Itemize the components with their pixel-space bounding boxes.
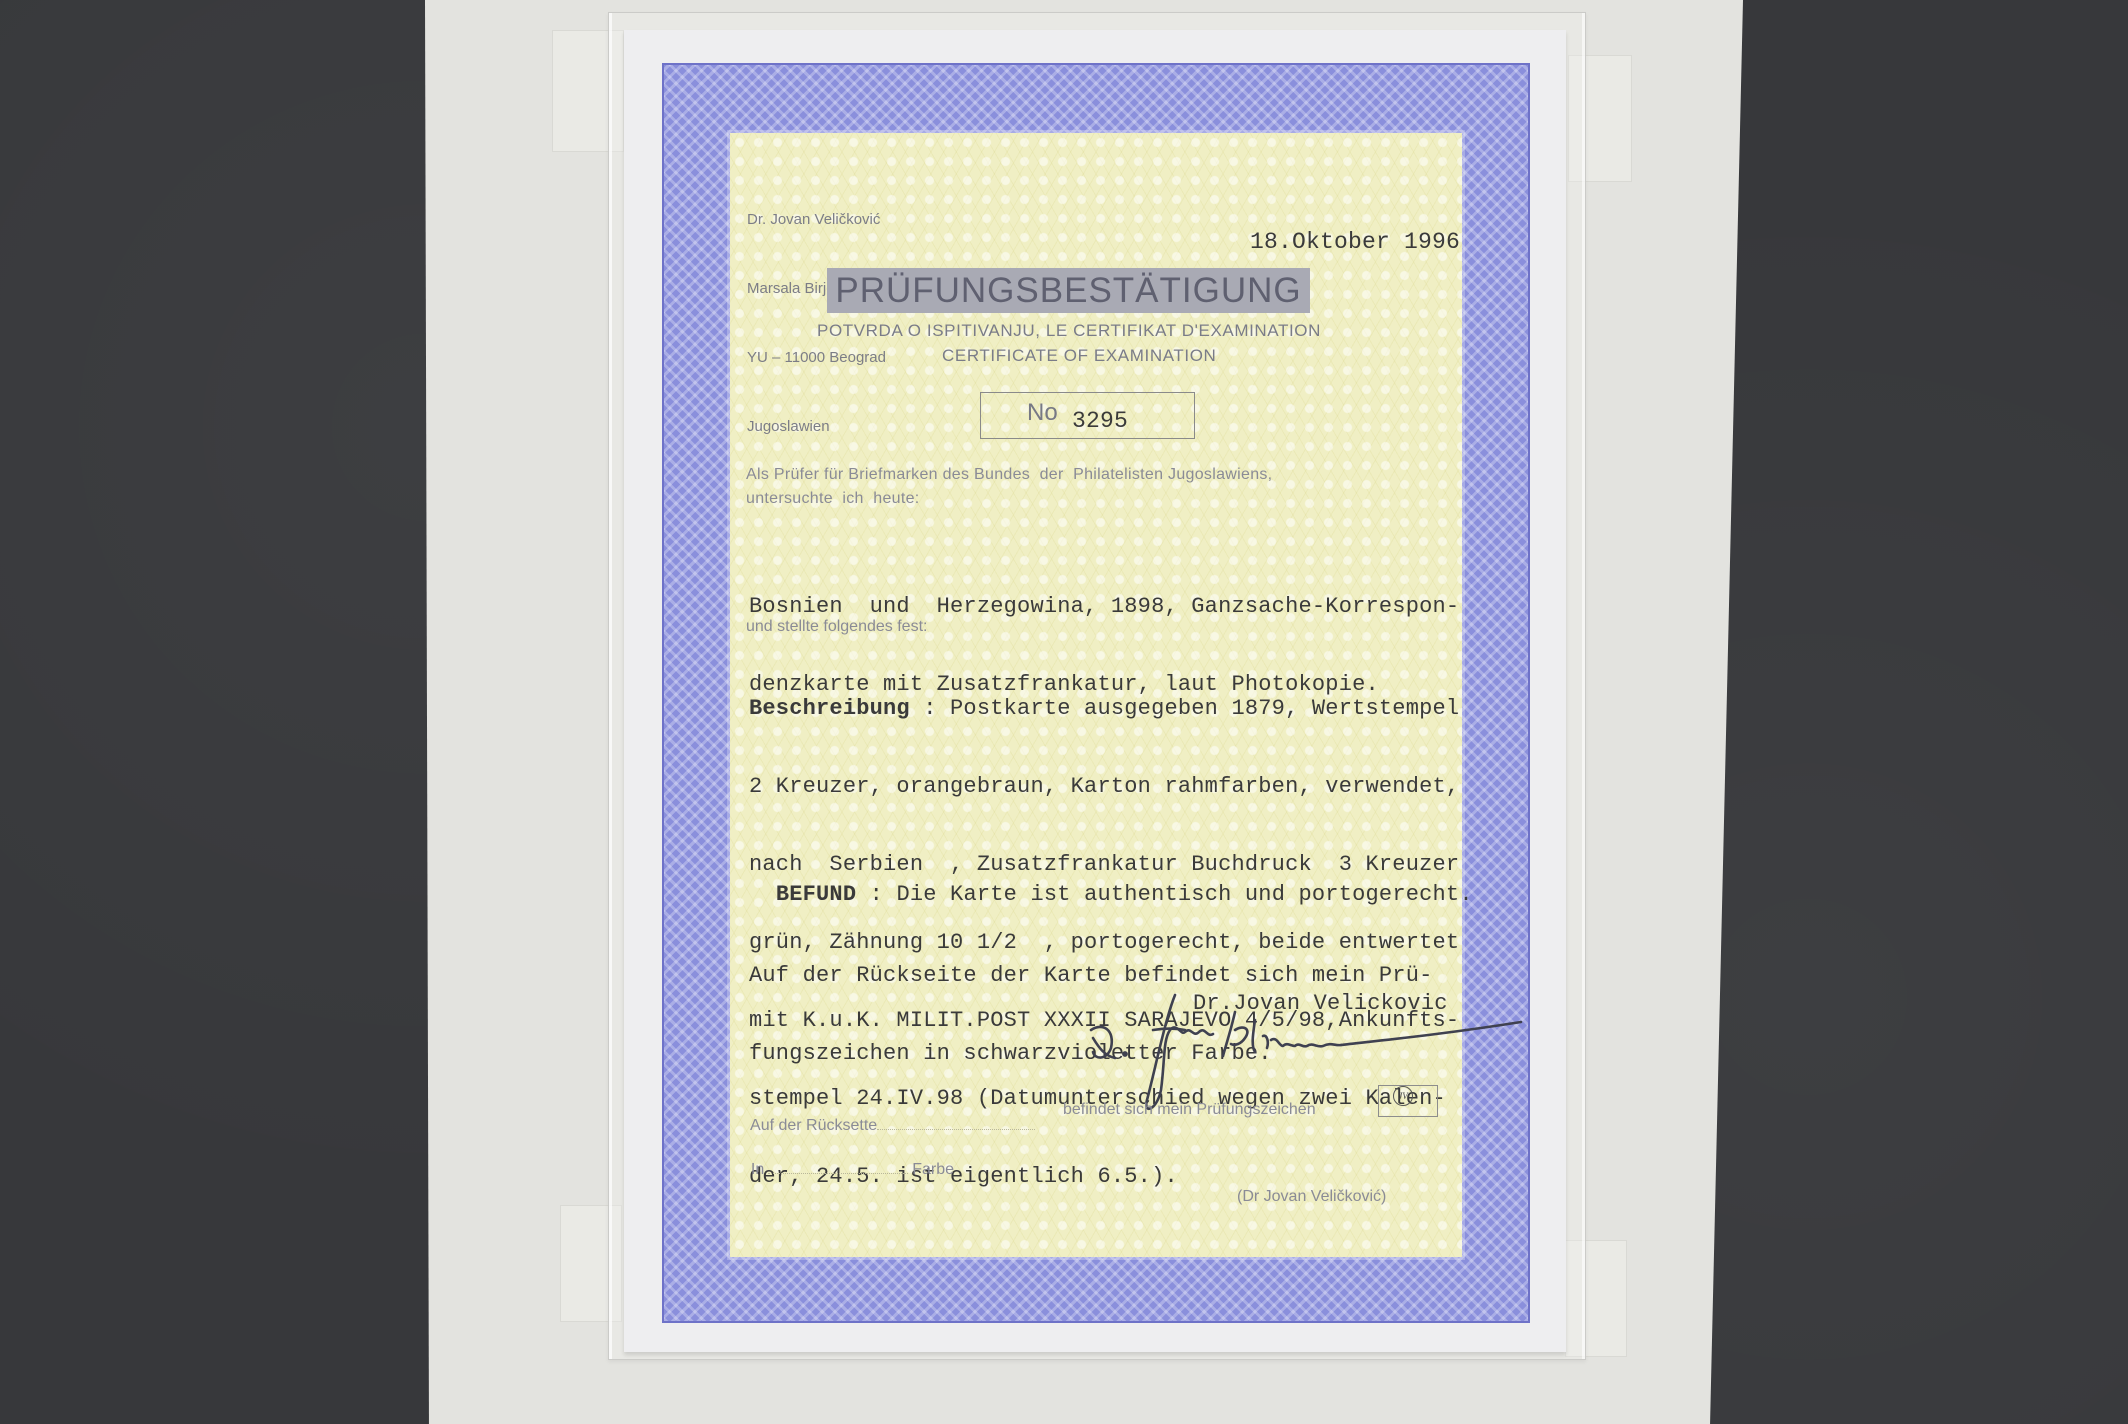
address-line: Dr. Jovan Veličković: [747, 208, 887, 231]
findings-intro: und stellte folgendes fest:: [746, 618, 927, 636]
description-line: 2 Kreuzer, orangebraun, Karton rahmfarbe…: [749, 774, 1459, 800]
title-banner: PRÜFUNGSBESTÄTIGUNG: [827, 268, 1310, 313]
result-label: BEFUND: [776, 882, 856, 907]
certificate-date: 18.Oktober 1996: [1250, 229, 1460, 255]
intro-line-2: untersuchte ich heute:: [746, 490, 920, 508]
form-color-text: Farbe: [912, 1161, 954, 1178]
form-in-line: InFarbe: [742, 1143, 954, 1179]
address-line: Jugoslawien: [747, 415, 887, 438]
certificate-number: 3295: [1072, 408, 1128, 434]
form-mark-label: befindet sich mein Prüfungszeichen: [1063, 1101, 1316, 1119]
item-line: Bosnien und Herzegowina, 1898, Ganzsache…: [749, 594, 1459, 620]
result-block: BEFUND : Die Karte ist authentisch und p…: [749, 857, 1473, 907]
subtitle-english: CERTIFICATE OF EXAMINATION: [942, 346, 1216, 366]
address-line: YU – 11000 Beograd: [747, 346, 887, 369]
certificate-title: PRÜFUNGSBESTÄTIGUNG: [835, 271, 1301, 311]
examiner-mark-icon: JV: [1393, 1086, 1413, 1106]
result-text: : Die Karte ist authentisch und portoger…: [856, 882, 1473, 907]
number-label: No: [1027, 399, 1058, 427]
mark-line: Auf der Rückseite der Karte befindet sic…: [749, 963, 1433, 989]
description-label: Beschreibung: [749, 696, 910, 721]
signer-printed-name: (Dr Jovan Veličković): [1237, 1188, 1386, 1206]
dotted-line: [768, 1173, 908, 1174]
subtitle-multilingual: POTVRDA O ISPITIVANJU, LE CERTIFIKAT D'E…: [817, 321, 1321, 341]
description-line: : Postkarte ausgegeben 1879, Wertstempel: [910, 696, 1460, 721]
form-back-label: Auf der Rücksette: [742, 1099, 1035, 1135]
form-in-text: In: [751, 1161, 764, 1178]
form-back-text: Auf der Rücksette: [750, 1117, 877, 1134]
dotted-line: [877, 1129, 1035, 1130]
intro-line-1: Als Prüfer für Briefmarken des Bundes de…: [746, 466, 1272, 484]
